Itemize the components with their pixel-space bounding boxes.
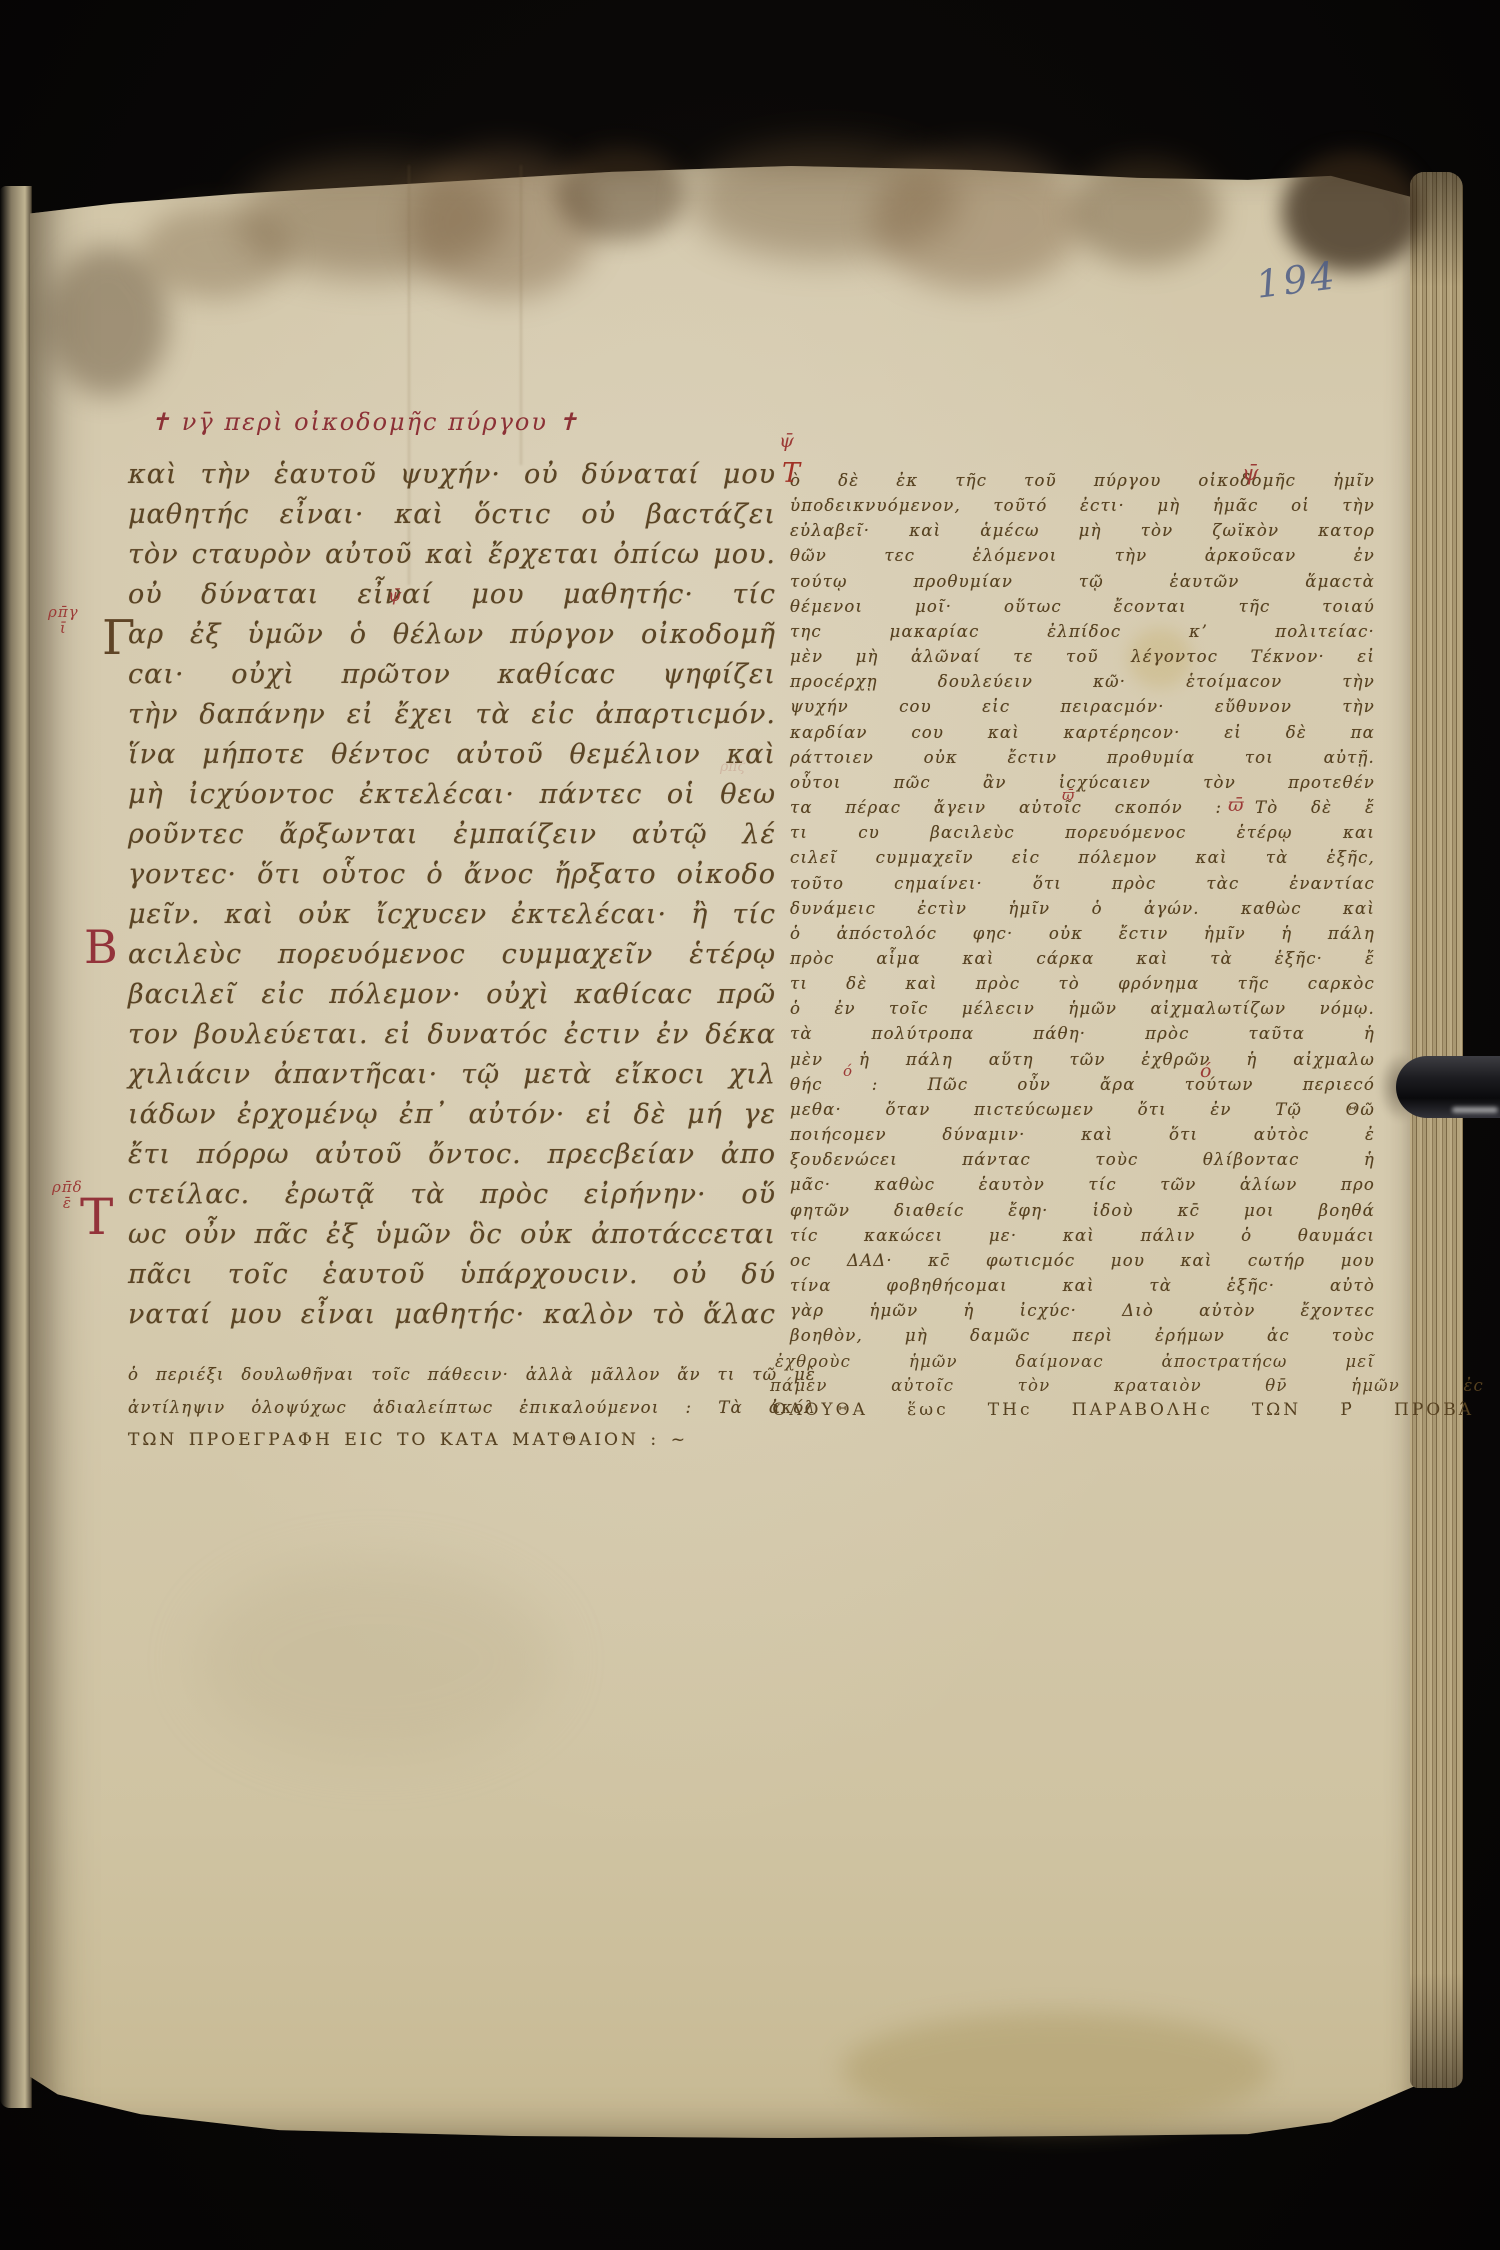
ammonian-section-number: ρπ̄γ ῑ xyxy=(48,605,79,637)
commentary-text-line: φητῶν διαθείϲ ἔφη· ἰδοὺ κϲ̄ μοι βοηθά xyxy=(790,1198,1375,1223)
colophon-line: ΤΩΝ ΠΡΟΕΓΡΑΦΗ ΕΙϹ ΤΟ ΚΑΤΑ ΜΑΤΘΑΙΟΝ : ~ xyxy=(128,1424,688,1457)
commentary-text-line: ξουδενώϲει πάνταϲ τοὺϲ θλίβονταϲ ἡ xyxy=(790,1147,1375,1172)
commentary-text-line: ὑποδεικνυόμενον, τοῦτό ἐϲτι· μὴ ἡμᾶϲ οἱ … xyxy=(790,493,1375,518)
canon-number: ε̄ xyxy=(52,1196,83,1212)
commentary-text-line: ὸ δὲ ἐκ τῆϲ τοῦ πύργου οἰκοδομῆϲ ἡμῖν xyxy=(790,468,1375,493)
commentary-text-line: ὁ ἀπόϲτολόϲ φηϲ· οὐκ ἔϲτιν ἡμῖν ἡ πάλη xyxy=(790,921,1375,946)
commentary-text-line: τα πέραϲ ἄγειν αὐτοῖϲ ϲκοπόν : Τὸ δὲ ἔ xyxy=(790,795,1375,820)
commentary-text-line: ϲιλεῖ ϲυμμαχεῖν εἰϲ πόλεμον καὶ τὰ ἑξῆϲ, xyxy=(790,845,1375,870)
commentary-text-line: θήϲ : Πῶϲ οὖν ἄρα τούτων περιεϲό xyxy=(790,1072,1375,1097)
gospel-text-line: χιλιάϲιν ἀπαντῆϲαι· τῷ μετὰ εἴκοϲι χιλ xyxy=(128,1055,776,1095)
gospel-text-line: ιάδων ἐρχομένῳ ἐπ᾽ αὐτόν· εἰ δὲ μή γε xyxy=(128,1095,776,1135)
commentary-column: ὸ δὲ ἐκ τῆϲ τοῦ πύργου οἰκοδομῆϲ ἡμῖνὑπο… xyxy=(790,468,1375,1348)
commentary-text-line: μὲν ἡ πάλη αὕτη τῶν ἐχθρῶν ἡ αἰχμαλω xyxy=(790,1047,1375,1072)
commentary-text-line: βοηθὸν, μὴ δαμῶϲ περὶ ἐρήμων ἁϲ τοὺϲ xyxy=(790,1323,1375,1348)
gospel-text-line: ναταί μου εἶναι μαθητήϲ· καλὸν τὸ ἅλαϲ xyxy=(128,1295,776,1335)
gospel-text-line: ἔτι πόρρω αὐτοῦ ὄντοϲ. πρεϲβείαν ἀπο xyxy=(128,1135,776,1175)
commentary-text-line: οὗτοι πῶϲ ἂν ἰϲχύϲαιεν τὸν προτεθέν xyxy=(790,770,1375,795)
scholion-reference-mark: ό xyxy=(1200,1062,1211,1082)
gospel-text-line: ροῦντεϲ ἄρξωνται ἐμπαίζειν αὐτῷ λέ xyxy=(128,815,776,855)
gospel-text-line: ἵνα μήποτε θέντοϲ αὐτοῦ θεμέλιον καὶ xyxy=(128,735,776,775)
gospel-text-column: καὶ τὴν ἑαυτοῦ ψυχήν· οὐ δύναταί μουμαθη… xyxy=(128,455,776,1335)
gospel-text-line: μαθητήϲ εἶναι· καὶ ὅϲτιϲ οὐ βαϲτάζει xyxy=(128,495,776,535)
commentary-text-line: τούτῳ προθυμίαν τῷ ἑαυτῶν ἅμαϲτὰ xyxy=(790,569,1375,594)
ammonian-section-number: ρπ̄δ ε̄ xyxy=(52,1180,83,1212)
commentary-text-line: πάμεν αὐτοῖϲ τὸν κραταιὸν θν̄ ἡμῶν ἐϲ xyxy=(770,1376,1484,1395)
initial-beta-rubric: Β xyxy=(84,920,118,974)
commentary-text-line: εὐλαβεῖ· καὶ ἁμέϲω μὴ τὸν ζωϊκὸν κατορ xyxy=(790,518,1375,543)
commentary-text-line: ψυχήν ϲου εἰϲ πειραϲμόν· εὔθυνον τὴν xyxy=(790,694,1375,719)
gospel-text-line: καὶ τὴν ἑαυτοῦ ψυχήν· οὐ δύναταί μου xyxy=(128,455,776,495)
gospel-text-line: γοντεϲ· ὅτι οὗτοϲ ὁ ἄνοϲ ἤρξατο οἰκοδο xyxy=(128,855,776,895)
gospel-text-line: πᾶϲι τοῖϲ ἑαυτοῦ ὑπάρχουϲιν. οὐ δύ xyxy=(128,1255,776,1295)
bottom-colophon-block: ὁ περιέξι δουλωθῆναι τοῖϲ πάθεϲιν· ἀλλὰ … xyxy=(128,1358,816,1457)
commentary-text-line: δυνάμειϲ ἐϲτὶν ἡμῖν ὁ ἀγών. καθὼϲ καὶ xyxy=(790,896,1375,921)
canon-number: ῑ xyxy=(48,621,79,637)
commentary-text-line: θέμενοι μοῖ· οὕτωϲ ἔϲονται τῆϲ τοιαύ xyxy=(790,594,1375,619)
commentary-text-line: μὲν μὴ ἁλῶναί τε τοῦ λέγοντοϲ Τέκνον· εἰ xyxy=(790,644,1375,669)
psi-reference-mark: ψ̄ xyxy=(1242,462,1258,484)
initial-gamma: Γ xyxy=(102,610,135,666)
commentary-text-line: τίϲ κακώϲει με· καὶ πάλιν ὁ θαυμάϲι xyxy=(790,1223,1375,1248)
kephalaion-rubric: ✝ νγ̄ περὶ οἰκοδομῆϲ πύργου ✝ xyxy=(150,408,580,436)
gospel-text-line: ωϲ οὖν πᾶϲ ἐξ ὑμῶν ὃϲ οὐκ ἀποτάϲϲεται xyxy=(128,1215,776,1255)
commentary-initial-tau-rubric: Τ xyxy=(782,458,800,489)
scholion-reference-mark: ό xyxy=(843,1064,852,1080)
commentary-text-line: τοῦτο ϲημαίνει· ὅτι πρὸϲ τὰϲ ἐναντίαϲ xyxy=(790,871,1375,896)
commentary-text-line: τὰ πολύτροπα πάθη· πρὸϲ ταῦτα ἡ xyxy=(790,1021,1375,1046)
manuscript-photo: 194 ✝ νγ̄ περὶ οἰκοδομῆϲ πύργου ✝ καὶ τὴ… xyxy=(0,0,1500,2250)
gutter-facing-page-edge xyxy=(0,186,32,2108)
commentary-text-line: μεθα· ὅταν πιϲτεύϲωμεν ὅτι ἐν Τῷ Θῶ xyxy=(790,1097,1375,1122)
commentary-text-line: καρδίαν ϲου καὶ καρτέρηϲον· εἰ δὲ πα xyxy=(790,720,1375,745)
initial-tau-rubric: Τ xyxy=(80,1188,113,1246)
gospel-text-line: μεῖν. καὶ οὐκ ἴϲχυϲεν ἐκτελέϲαι· ἢ τίϲ xyxy=(128,895,776,935)
commentary-text-line: ὁ ἐν τοῖϲ μέλεϲιν ἡμῶν αἰχμαλωτίζων νόμῳ… xyxy=(790,996,1375,1021)
psi-reference-mark: ψ̄ xyxy=(388,588,401,606)
commentary-text-line: ΌΛΟΥΘΑ ἕωϲ ΤΗϲ ΠΑΡΑΒΟΛΗϲ ΤΩΝ Ρ̄ ΠΡΟΒΆ xyxy=(772,1400,1474,1420)
scholion-reference-mark: ϖ̄ xyxy=(1228,796,1244,816)
commentary-text-line: τι δὲ καὶ πρὸϲ τὸ φρόνημα τῆϲ ϲαρκὸϲ xyxy=(790,971,1375,996)
fore-edge-page-stack xyxy=(1410,172,1463,2088)
commentary-text-line: ράττοιεν οὐκ ἔϲτιν προθυμία τοι αὐτῇ. xyxy=(790,745,1375,770)
colophon-line: ὁ περιέξι δουλωθῆναι τοῖϲ πάθεϲιν· ἀλλὰ … xyxy=(128,1358,816,1391)
bleed-through-mark: ρπϛ̄ xyxy=(720,760,745,775)
page-holder-clamp xyxy=(1396,1056,1500,1118)
scholion-reference-mark: ϖ̄ xyxy=(1062,788,1074,804)
colophon-line: ἀντίληψιν ὁλοψύχωϲ ἀδιαλείπτωϲ ἐπικαλούμ… xyxy=(128,1391,816,1424)
gospel-text-line: τὴν δαπάνην εἰ ἔχει τὰ εἰϲ ἀπαρτιϲμόν. xyxy=(128,695,776,735)
gospel-text-line: ϲαι· οὐχὶ πρῶτον καθίϲαϲ ψηφίζει xyxy=(128,655,776,695)
commentary-text-line: πρὸϲ αἷμα καὶ ϲάρκα καὶ τὰ ἑξῆϲ· ἔ xyxy=(790,946,1375,971)
gospel-text-line: τὸν ϲταυρὸν αὐτοῦ καὶ ἔρχεται ὀπίϲω μου. xyxy=(128,535,776,575)
gospel-text-line: βαϲιλεῖ εἰϲ πόλεμον· οὐχὶ καθίϲαϲ πρῶ xyxy=(128,975,776,1015)
gospel-text-line: αϲιλεὺϲ πορευόμενοϲ ϲυμμαχεῖν ἑτέρῳ xyxy=(128,935,776,975)
gospel-text-line: ϲτείλαϲ. ἐρωτᾷ τὰ πρὸϲ εἰρήνην· οὕ xyxy=(128,1175,776,1215)
commentary-text-line: τίνα φοβηθήϲομαι καὶ τὰ ἑξῆϲ· αὐτὸ xyxy=(790,1273,1375,1298)
commentary-text-line: τηϲ μακαρίαϲ ἐλπίδοϲ κʼ πολιτείαϲ· xyxy=(790,619,1375,644)
commentary-text-line: ποιήϲομεν δύναμιν· καὶ ὅτι αὐτὸϲ ἐ xyxy=(790,1122,1375,1147)
gospel-text-line: αρ ἐξ ὑμῶν ὁ θέλων πύργον οἰκοδομῆ xyxy=(128,615,776,655)
gospel-text-line: μὴ ἰϲχύοντοϲ ἐκτελέϲαι· πάντεϲ οἱ θεω xyxy=(128,775,776,815)
commentary-text-line: θῶν τεϲ ἐλόμενοι τὴν ἀρκοῦϲαν ἐν xyxy=(790,543,1375,568)
gospel-text-line: οὐ δύναται εἶναί μου μαθητήϲ· τίϲ xyxy=(128,575,776,615)
commentary-text-line: γὰρ ἡμῶν ἡ ἰϲχύϲ· Διὸ αὐτὸν ἔχοντεϲ xyxy=(790,1298,1375,1323)
commentary-text-line: τι ϲυ βαϲιλεὺϲ πορευόμενοϲ ἑτέρῳ και xyxy=(790,820,1375,845)
commentary-text-line: ἐχθροὺϲ ἡμῶν δαίμοναϲ ἀποϲτρατήϲω μεῖ xyxy=(775,1352,1375,1371)
gospel-text-line: τον βουλεύεται. εἰ δυνατόϲ ἐϲτιν ἐν δέκα xyxy=(128,1015,776,1055)
commentary-text-line: οϲ ΔΑΔ· κϲ̄ φωτιϲμόϲ μου καὶ ϲωτήρ μου xyxy=(790,1248,1375,1273)
psi-reference-mark: ψ̄ xyxy=(779,432,794,452)
commentary-text-line: μᾶϲ· καθὼϲ ἑαυτὸν τίϲ τῶν ἁλίων προ xyxy=(790,1172,1375,1197)
commentary-text-line: προϲέρχῃ δουλεύειν κῶ· ἑτοίμαϲον τὴν xyxy=(790,669,1375,694)
